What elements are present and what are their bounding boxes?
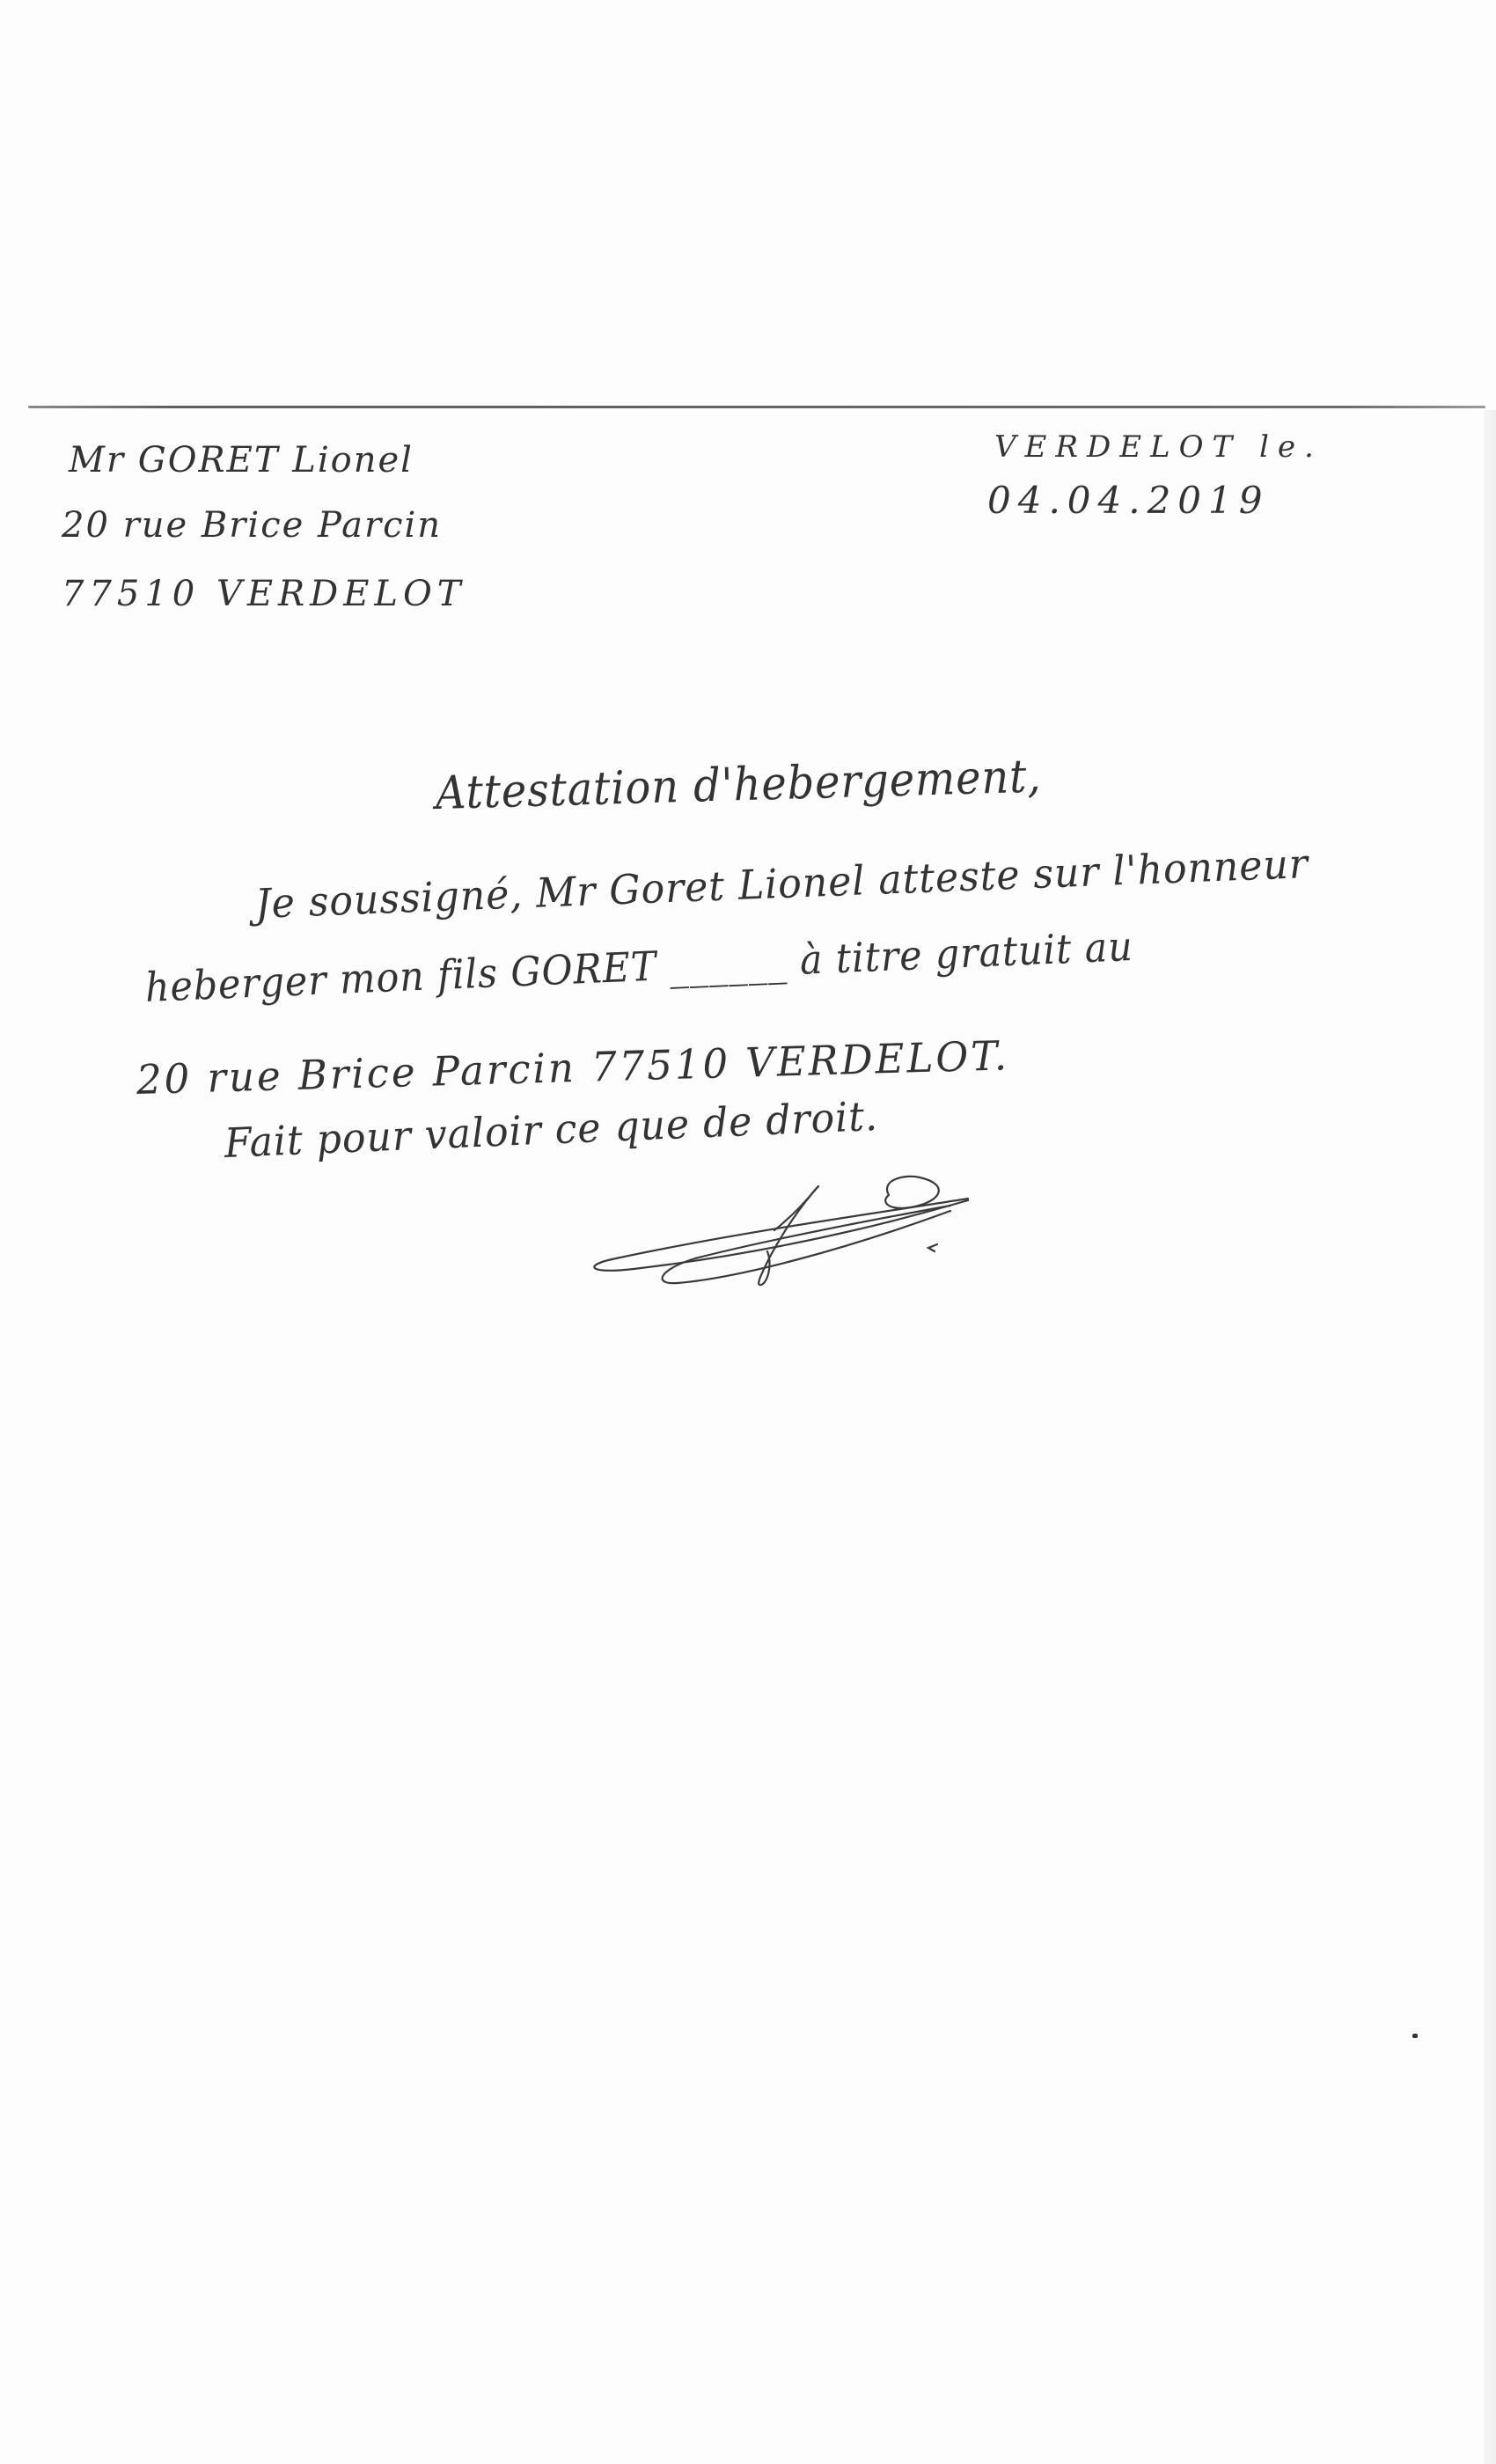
body-line: heberger mon fils GORET ______ à titre g… [144, 922, 1134, 1011]
scan-speck [1412, 2034, 1418, 2038]
letter-date: 04.04.2019 [987, 479, 1269, 522]
body-line: Fait pour valoir ce que de droit. [224, 1092, 879, 1167]
scan-edge [1484, 410, 1496, 2464]
letter-place: VERDELOT le. [994, 429, 1323, 465]
sender-street: 20 rue Brice Parcin [62, 505, 442, 546]
top-rule-line [28, 406, 1485, 408]
signature [563, 1162, 1003, 1302]
sender-city: 77510 VERDELOT [62, 574, 466, 614]
sender-name: Mr GORET Lionel [69, 440, 414, 480]
document-title: Attestation d'hebergement, [435, 750, 1042, 820]
scanned-page: Mr GORET Lionel 20 rue Brice Parcin 7751… [0, 0, 1496, 2464]
body-line: 20 rue Brice Parcin 77510 VERDELOT. [136, 1031, 1009, 1104]
body-line: Je soussigné, Mr Goret Lionel atteste su… [254, 840, 1309, 928]
